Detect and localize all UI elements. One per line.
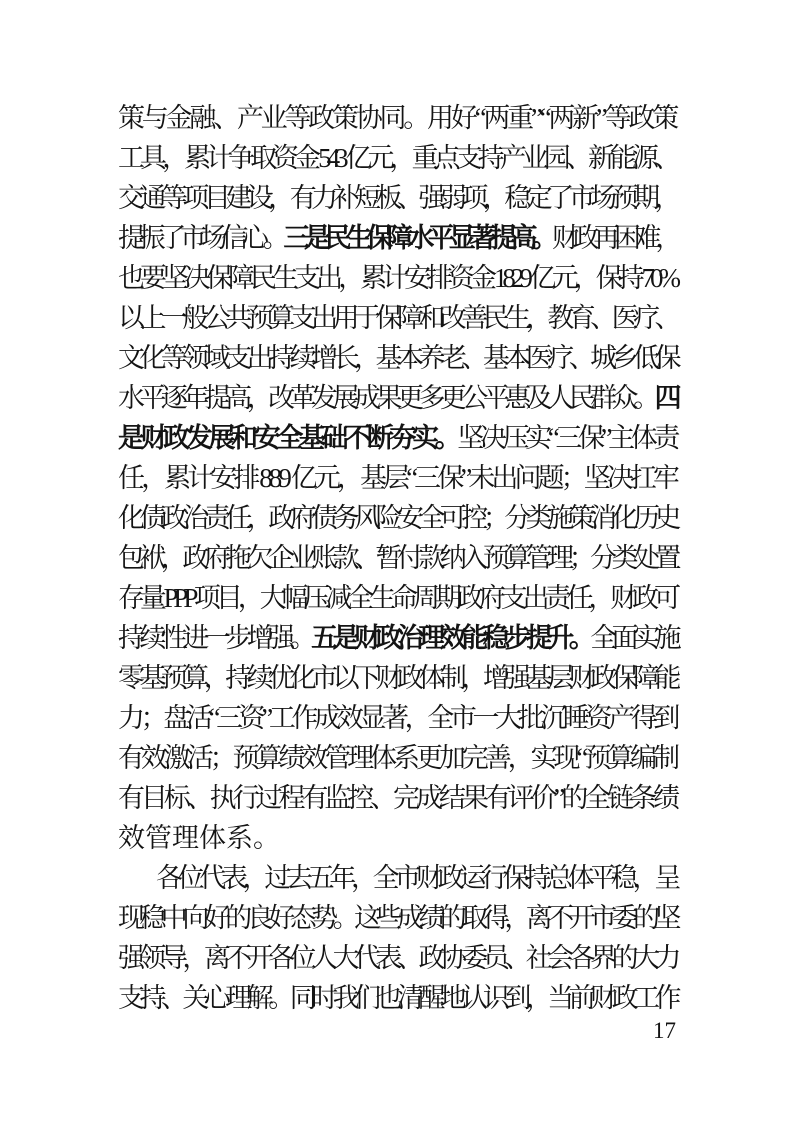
text-line: 水平逐年提高，改革发展成果更多更公平惠及人民群众。四 — [118, 378, 676, 418]
text-line: 也要坚决保障民生支出，累计安排资金 1829 亿元，保持 70% — [118, 258, 676, 298]
text-segment: 效管理体系。 — [118, 823, 280, 853]
text-line: 各位代表，过去五年，全市财政运行保持总体平稳，呈 — [118, 858, 676, 898]
text-segment: 各位代表，过去五年，全市财政运行保持总体平稳，呈 — [156, 863, 676, 893]
text-line-content: 零基预算，持续优化市以下财政体制，增强基层财政保障能 — [118, 663, 676, 693]
text-line: 持续性进一步增强。五是财政治理效能稳步提升。全面实施 — [118, 618, 676, 658]
text-segment: 策与金融、产业等政策协同。用好“两重”“两新”等政策 — [118, 103, 676, 133]
bold-heading-segment: 三是民生保障水平显著提高。 — [283, 223, 552, 253]
text-line: 包袱，政府拖欠企业账款、暂付款纳入预算管理；分类处置 — [118, 538, 676, 578]
text-segment: 提振了市场信心。 — [118, 223, 283, 253]
text-segment: 坚决压实“三保”主体责 — [457, 423, 676, 453]
text-line: 支持、关心理解。同时我们也清醒地认识到，当前财政工作 — [118, 978, 676, 1018]
text-line: 现稳中向好的良好态势。这些成绩的取得，离不开市委的坚 — [118, 898, 676, 938]
text-line-content: 有目标、执行过程有监控、完成结果有评价”的全链条绩 — [118, 783, 676, 813]
text-line: 有目标、执行过程有监控、完成结果有评价”的全链条绩 — [118, 778, 676, 818]
text-line: 力；盘活“三资”工作成效显著，全市一大批沉睡资产得到 — [118, 698, 676, 738]
text-line-content: 支持、关心理解。同时我们也清醒地认识到，当前财政工作 — [118, 983, 676, 1013]
text-line: 化债政治责任，政府债务风险安全可控；分类施策消化历史 — [118, 498, 676, 538]
text-line-content: 也要坚决保障民生支出，累计安排资金 1829 亿元，保持 70% — [118, 263, 676, 293]
text-line-content: 工具，累计争取资金 543 亿元，重点支持产业园、新能源、 — [118, 143, 676, 173]
text-segment: 水平逐年提高，改革发展成果更多更公平惠及人民群众。 — [118, 383, 655, 413]
text-segment: 以上一般公共预算支出用于保障和改善民生，教育、医疗、 — [118, 303, 676, 333]
page-number: 17 — [653, 1016, 676, 1046]
text-line-content: 策与金融、产业等政策协同。用好“两重”“两新”等政策 — [118, 103, 676, 133]
text-line-content: 包袱，政府拖欠企业账款、暂付款纳入预算管理；分类处置 — [118, 543, 676, 573]
text-line: 提振了市场信心。三是民生保障水平显著提高。财政再困难， — [118, 218, 676, 258]
text-line: 有效激活；预算绩效管理体系更加完善，实现“预算编制 — [118, 738, 676, 778]
text-segment: 持续性进一步增强。 — [118, 623, 311, 653]
text-segment: 也要坚决保障民生支出，累计安排资金 1829 亿元，保持 70% — [118, 263, 676, 293]
bold-heading-segment: 四 — [655, 383, 676, 413]
text-segment: 有目标、执行过程有监控、完成结果有评价”的全链条绩 — [118, 783, 676, 813]
text-segment: 强领导，离不开各位人大代表、政协委员、社会各界的大力 — [118, 943, 676, 973]
text-line-content: 以上一般公共预算支出用于保障和改善民生，教育、医疗、 — [118, 303, 676, 333]
text-line: 强领导，离不开各位人大代表、政协委员、社会各界的大力 — [118, 938, 676, 978]
text-segment: 化债政治责任，政府债务风险安全可控；分类施策消化历史 — [118, 503, 676, 533]
text-segment: 任，累计安排 889 亿元，基层“三保”未出问题；坚决扛牢 — [118, 463, 676, 493]
text-line-content: 持续性进一步增强。五是财政治理效能稳步提升。全面实施 — [118, 623, 676, 653]
text-segment: 文化等领域支出持续增长，基本养老、基本医疗、城乡低保 — [118, 343, 676, 373]
text-line: 存量 PPP 项目，大幅压减全生命周期政府支出责任，财政可 — [118, 578, 676, 618]
text-segment: 全面实施 — [590, 623, 676, 653]
text-line-content: 是财政发展和安全基础不断夯实。坚决压实“三保”主体责 — [118, 423, 676, 453]
text-line: 文化等领域支出持续增长，基本养老、基本医疗、城乡低保 — [118, 338, 676, 378]
text-line: 策与金融、产业等政策协同。用好“两重”“两新”等政策 — [118, 98, 676, 138]
text-line-content: 水平逐年提高，改革发展成果更多更公平惠及人民群众。四 — [118, 383, 676, 413]
text-segment: 存量 PPP 项目，大幅压减全生命周期政府支出责任，财政可 — [118, 583, 676, 613]
text-line: 是财政发展和安全基础不断夯实。坚决压实“三保”主体责 — [118, 418, 676, 458]
text-line-content: 效管理体系。 — [118, 823, 280, 853]
text-segment: 有效激活；预算绩效管理体系更加完善，实现“预算编制 — [118, 743, 676, 773]
text-line-content: 强领导，离不开各位人大代表、政协委员、社会各界的大力 — [118, 943, 676, 973]
body-text: 策与金融、产业等政策协同。用好“两重”“两新”等政策工具，累计争取资金 543 … — [118, 98, 676, 1018]
text-line: 任，累计安排 889 亿元，基层“三保”未出问题；坚决扛牢 — [118, 458, 676, 498]
text-segment: 支持、关心理解。同时我们也清醒地认识到，当前财政工作 — [118, 983, 676, 1013]
text-segment: 力；盘活“三资”工作成效显著，全市一大批沉睡资产得到 — [118, 703, 676, 733]
text-line-content: 存量 PPP 项目，大幅压减全生命周期政府支出责任，财政可 — [118, 583, 676, 613]
text-line-content: 任，累计安排 889 亿元，基层“三保”未出问题；坚决扛牢 — [118, 463, 676, 493]
text-line: 交通等项目建设，有力补短板、强弱项，稳定了市场预期， — [118, 178, 676, 218]
text-segment: 现稳中向好的良好态势。这些成绩的取得，离不开市委的坚 — [118, 903, 676, 933]
text-line-content: 提振了市场信心。三是民生保障水平显著提高。财政再困难， — [118, 223, 676, 253]
text-segment: 零基预算，持续优化市以下财政体制，增强基层财政保障能 — [118, 663, 676, 693]
text-segment: 包袱，政府拖欠企业账款、暂付款纳入预算管理；分类处置 — [118, 543, 676, 573]
text-line: 零基预算，持续优化市以下财政体制，增强基层财政保障能 — [118, 658, 676, 698]
text-line-content: 各位代表，过去五年，全市财政运行保持总体平稳，呈 — [156, 863, 676, 893]
bold-heading-segment: 是财政发展和安全基础不断夯实。 — [118, 423, 457, 453]
text-segment: 交通等项目建设，有力补短板、强弱项，稳定了市场预期， — [118, 183, 676, 213]
text-line-content: 现稳中向好的良好态势。这些成绩的取得，离不开市委的坚 — [118, 903, 676, 933]
text-line: 效管理体系。 — [118, 818, 676, 858]
text-line: 以上一般公共预算支出用于保障和改善民生，教育、医疗、 — [118, 298, 676, 338]
text-segment: 工具，累计争取资金 543 亿元，重点支持产业园、新能源、 — [118, 143, 676, 173]
text-segment: 财政再困难， — [552, 223, 676, 253]
text-line-content: 交通等项目建设，有力补短板、强弱项，稳定了市场预期， — [118, 183, 676, 213]
text-line: 工具，累计争取资金 543 亿元，重点支持产业园、新能源、 — [118, 138, 676, 178]
text-line-content: 文化等领域支出持续增长，基本养老、基本医疗、城乡低保 — [118, 343, 676, 373]
document-page: 策与金融、产业等政策协同。用好“两重”“两新”等政策工具，累计争取资金 543 … — [0, 0, 793, 1122]
bold-heading-segment: 五是财政治理效能稳步提升。 — [311, 623, 590, 653]
text-line-content: 力；盘活“三资”工作成效显著，全市一大批沉睡资产得到 — [118, 703, 676, 733]
text-line-content: 有效激活；预算绩效管理体系更加完善，实现“预算编制 — [118, 743, 676, 773]
text-line-content: 化债政治责任，政府债务风险安全可控；分类施策消化历史 — [118, 503, 676, 533]
